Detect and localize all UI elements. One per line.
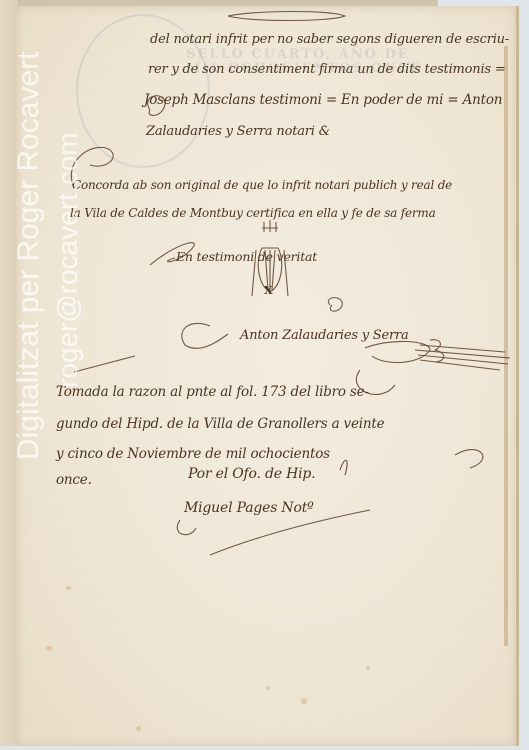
watermark-email: roger@rocavert.com [52, 132, 84, 388]
watermark-digitized-by: Digitalitzat per Roger Rocavert [12, 51, 46, 460]
